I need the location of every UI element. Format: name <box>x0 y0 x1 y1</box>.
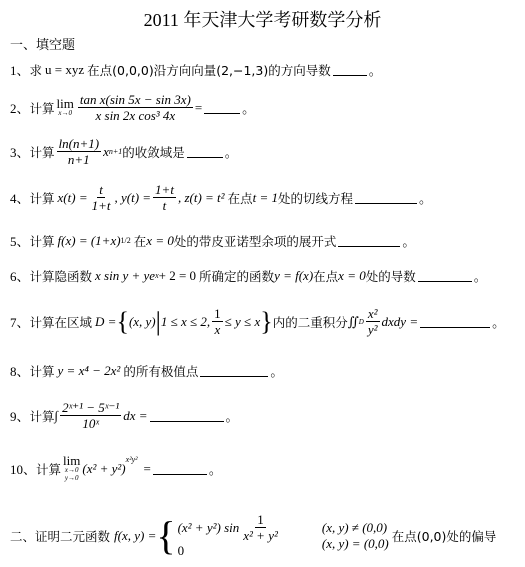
case-cond: (x, y) ≠ (0,0) <box>322 520 389 536</box>
lim-label: lim <box>63 455 80 466</box>
q-end: 。 <box>402 231 415 250</box>
q-text: 计算 <box>36 460 61 478</box>
exponent: x²y² <box>126 455 138 464</box>
q-math: ≤ y ≤ x <box>225 314 261 330</box>
q-number: 10、 <box>10 459 36 478</box>
q-math: u = xyz <box>45 62 84 78</box>
integral-sign: ∫ <box>55 408 59 424</box>
answer-blank[interactable] <box>333 63 367 76</box>
q-number: 1、 <box>10 60 30 79</box>
q-text: 计算 <box>30 232 55 250</box>
numerator: x² <box>366 306 380 322</box>
q-end: 。 <box>419 188 432 207</box>
q-text: 计算隐函数 <box>30 267 93 285</box>
q-text: 在 <box>134 232 147 250</box>
answer-blank[interactable] <box>150 409 224 422</box>
q-math: (x² + y²) <box>82 461 125 477</box>
fraction: 2ˣ⁺¹ − 5ˣ⁻¹ 10ˣ <box>60 400 121 431</box>
q-math: x(t) = <box>58 190 88 206</box>
right-brace: } <box>260 312 272 332</box>
q-end: 。 <box>209 459 222 478</box>
lim-sub: x→0 <box>65 466 79 474</box>
question-9: 9、 计算 ∫ 2ˣ⁺¹ − 5ˣ⁻¹ 10ˣ dx = 。 <box>10 400 239 431</box>
exponent: n+1 <box>109 147 122 156</box>
section-fill-in-blank: 一、填空题 <box>10 34 75 53</box>
equals: = <box>195 100 202 116</box>
section-label: 二、证明二元函数 <box>10 527 110 545</box>
denominator: x <box>213 322 223 337</box>
numerator: 1 <box>212 306 223 322</box>
question-6: 6、 计算隐函数 x sin y + yex + 2 = 0 所确定的函数 y … <box>10 266 487 285</box>
q-text: 处的切线方程 <box>278 189 353 207</box>
answer-blank[interactable] <box>338 234 400 247</box>
numerator: ln(n+1) <box>57 136 102 152</box>
limit: lim x→0 <box>57 98 74 117</box>
fraction: x² y² <box>366 306 380 337</box>
numerator: tan x(sin 5x − sin 3x) <box>78 92 193 108</box>
q-text: 求 <box>30 61 43 79</box>
q-math: f(x, y) = <box>114 528 156 544</box>
answer-blank[interactable] <box>204 101 240 114</box>
question-10: 10、 计算 lim x→0 y→0 (x² + y²)x²y² = 。 <box>10 455 222 482</box>
question-7: 7、 计算在区域 D = { (x, y) | 1 ≤ x ≤ 2, 1 x ≤… <box>10 306 505 337</box>
question-2: 2、 计算 lim x→0 tan x(sin 5x − sin 3x) x s… <box>10 92 255 123</box>
q-text: 处的带皮亚诺型余项的展开式 <box>174 232 337 250</box>
q-text: 在点 <box>313 267 338 285</box>
q-number: 7、 <box>10 312 30 331</box>
q-end: 。 <box>226 406 239 425</box>
case-cond: (x, y) = (0,0) <box>322 536 389 552</box>
numerator: t <box>97 182 105 198</box>
fraction: ln(n+1) n+1 <box>57 136 102 167</box>
q-math: x sin y + ye <box>95 268 155 284</box>
answer-blank[interactable] <box>200 364 268 377</box>
numerator: 1 <box>255 512 266 528</box>
q-math: t = 1 <box>253 190 278 206</box>
denominator: y² <box>366 322 380 337</box>
answer-blank[interactable] <box>355 191 417 204</box>
q-number: 6、 <box>10 266 30 285</box>
q-math: D = <box>95 314 116 330</box>
q-text: 计算在区域 <box>30 313 93 331</box>
numerator: 2ˣ⁺¹ − 5ˣ⁻¹ <box>60 400 121 416</box>
q-math: y = x⁴ − 2x² <box>58 363 121 379</box>
section-proof: 二、证明二元函数 f(x, y) = { (x² + y²) sin 1 x² … <box>10 512 496 559</box>
answer-blank[interactable] <box>418 269 472 282</box>
q-end: 。 <box>270 361 283 380</box>
piecewise-cases: (x² + y²) sin 1 x² + y² 0 <box>178 512 282 559</box>
q-text: 内的二重积分 <box>273 313 348 331</box>
case-1: (x² + y²) sin 1 x² + y² <box>178 512 282 543</box>
q-math: 1 ≤ x ≤ 2, <box>161 314 210 330</box>
question-4: 4、 计算 x(t) = t 1+t , y(t) = 1+t t , z(t)… <box>10 182 432 213</box>
q-number: 5、 <box>10 231 30 250</box>
q-text: 计算 <box>30 189 55 207</box>
q-number: 4、 <box>10 188 30 207</box>
denominator: 10ˣ <box>80 416 101 431</box>
equals: = <box>144 461 151 477</box>
q-math: (x, y) <box>129 314 156 330</box>
q-math: f(x) = (1+x) <box>58 233 121 249</box>
q-text: 计算 <box>30 99 55 117</box>
limit: lim x→0 y→0 <box>63 455 80 482</box>
integral-sign: ∬ <box>348 314 359 330</box>
case-expr: (x² + y²) sin <box>178 520 240 536</box>
answer-blank[interactable] <box>187 145 223 158</box>
answer-blank[interactable] <box>153 462 207 475</box>
question-5: 5、 计算 f(x) = (1+x)1/2 在 x = 0 处的带皮亚诺型余项的… <box>10 231 415 250</box>
question-1: 1、 求 u = xyz 在点(0,0,0)沿方向向量(2,−1,3)的方向导数… <box>10 60 382 79</box>
q-text: 在点(0,0,0)沿方向向量(2,−1,3)的方向导数 <box>87 61 331 79</box>
q-text: 处的导数 <box>366 267 416 285</box>
denominator: t <box>161 198 169 213</box>
denominator: x² + y² <box>241 528 280 543</box>
q-math: dxdy = <box>382 314 419 330</box>
q-end: 。 <box>492 312 505 331</box>
fraction: 1+t t <box>153 182 176 213</box>
q-text: 计算 <box>30 362 55 380</box>
numerator: 1+t <box>153 182 176 198</box>
q-math: + 2 = 0 <box>159 268 196 284</box>
denominator: n+1 <box>66 152 92 167</box>
q-math: dx = <box>123 408 147 424</box>
q-text: 计算 <box>30 407 55 425</box>
left-brace: { <box>116 312 128 332</box>
q-text: 的收敛域是 <box>122 143 185 161</box>
exponent: 1/2 <box>121 236 131 245</box>
piecewise-conditions: (x, y) ≠ (0,0) (x, y) = (0,0) <box>322 520 389 552</box>
q-math: x = 0 <box>146 233 174 249</box>
denominator: 1+t <box>90 198 113 213</box>
denominator: x sin 2x cos³ 4x <box>93 108 177 123</box>
q-number: 8、 <box>10 361 30 380</box>
q-end: 。 <box>474 266 487 285</box>
answer-blank[interactable] <box>420 315 490 328</box>
question-8: 8、 计算 y = x⁴ − 2x² 的所有极值点 。 <box>10 361 283 380</box>
lim-label: lim <box>57 98 74 109</box>
q-math: , y(t) = <box>114 190 151 206</box>
q-math: y = f(x) <box>274 268 313 284</box>
lim-sub: x→0 <box>58 109 72 117</box>
integral-domain: D <box>359 318 364 326</box>
q-end: 。 <box>242 98 255 117</box>
fraction: 1 x <box>212 306 223 337</box>
q-text: 在点(0,0)处的偏导 <box>392 527 497 545</box>
q-text: 的所有极值点 <box>123 362 198 380</box>
q-number: 9、 <box>10 406 30 425</box>
question-3: 3、 计算 ln(n+1) n+1 xn+1 的收敛域是 。 <box>10 136 238 167</box>
page-title: 2011 年天津大学考研数学分析 <box>0 6 525 32</box>
q-end: 。 <box>369 60 382 79</box>
q-text: 在点 <box>228 189 253 207</box>
q-math: x = 0 <box>338 268 366 284</box>
q-end: 。 <box>225 142 238 161</box>
fraction: t 1+t <box>90 182 113 213</box>
fraction: 1 x² + y² <box>241 512 280 543</box>
fraction: tan x(sin 5x − sin 3x) x sin 2x cos³ 4x <box>78 92 193 123</box>
q-math: , z(t) = t² <box>178 190 225 206</box>
q-text: 计算 <box>30 143 55 161</box>
left-brace: { <box>156 516 175 556</box>
lim-sub: y→0 <box>65 474 79 482</box>
q-number: 3、 <box>10 142 30 161</box>
q-number: 2、 <box>10 98 30 117</box>
case-2: 0 <box>178 543 282 559</box>
q-text: 所确定的函数 <box>199 267 274 285</box>
